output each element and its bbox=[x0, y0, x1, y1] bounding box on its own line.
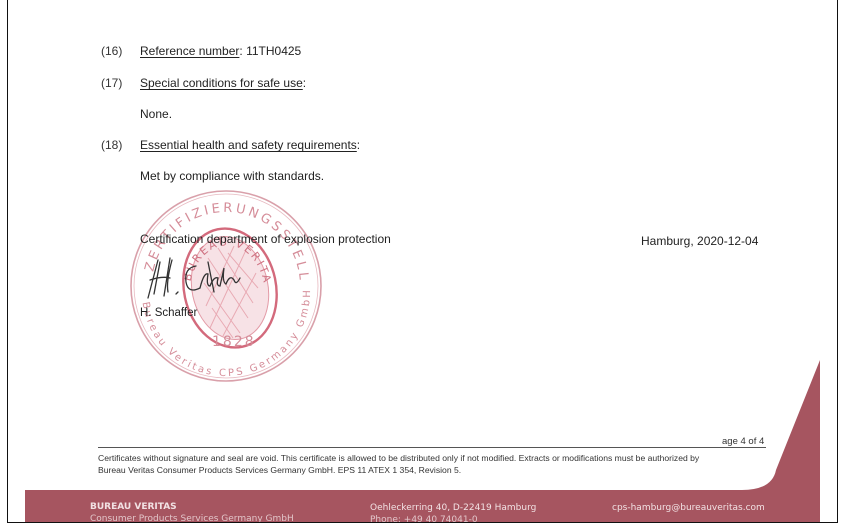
signature-department: Certification department of explosion pr… bbox=[140, 232, 391, 246]
reference-number-line: Reference number: 11TH0425 bbox=[140, 44, 301, 58]
band-brand: BUREAU VERITAS bbox=[90, 502, 177, 512]
separator: : bbox=[239, 44, 242, 58]
band-address: Oehleckerring 40, D-22419 Hamburg bbox=[370, 503, 536, 513]
frame-left-border bbox=[7, 0, 8, 523]
page-indicator: age 4 of 4 bbox=[722, 436, 764, 447]
health-safety-value: Met by compliance with standards. bbox=[140, 169, 324, 183]
footer-divider bbox=[98, 447, 766, 448]
letterhead-footer-band bbox=[0, 0, 845, 530]
special-conditions-value: None. bbox=[140, 107, 172, 121]
item-label: Special conditions for safe use bbox=[140, 76, 303, 90]
item-number: (17) bbox=[101, 76, 122, 90]
item-label: Essential health and safety requirements bbox=[140, 138, 357, 152]
page-bottom-margin bbox=[0, 523, 845, 530]
health-safety-line: Essential health and safety requirements… bbox=[140, 138, 360, 152]
place-and-date: Hamburg, 2020-12-04 bbox=[641, 234, 758, 248]
item-label: Reference number bbox=[140, 44, 239, 58]
item-number: (18) bbox=[101, 138, 122, 152]
special-conditions-line: Special conditions for safe use: bbox=[140, 76, 306, 90]
item-number: (16) bbox=[101, 44, 122, 58]
stamp-year: 1828 bbox=[212, 334, 256, 350]
band-email: cps-hamburg@bureauveritas.com bbox=[612, 503, 765, 513]
footer-disclaimer-line-1: Certificates without signature and seal … bbox=[98, 452, 768, 464]
signatory-name: H. Schaffer bbox=[140, 307, 197, 319]
footer-disclaimer: Certificates without signature and seal … bbox=[98, 452, 768, 476]
footer-disclaimer-line-2: Bureau Veritas Consumer Products Service… bbox=[98, 464, 768, 476]
handwritten-signature bbox=[140, 252, 260, 302]
reference-number-value: 11TH0425 bbox=[246, 44, 301, 58]
frame-right-border bbox=[837, 0, 838, 523]
separator: : bbox=[357, 138, 360, 152]
separator: : bbox=[303, 76, 306, 90]
